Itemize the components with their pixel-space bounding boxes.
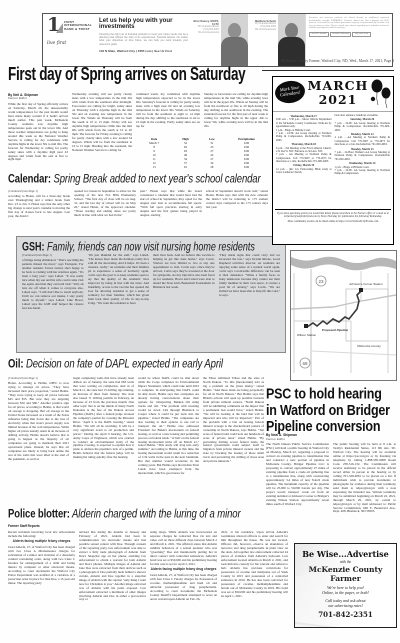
oil-headline: Oil: Decision on fate of DAPL expected i… bbox=[8, 357, 223, 371]
gsh-headline: GSH: Family, friends can now visit nursi… bbox=[22, 240, 280, 253]
weather-table: DateHighLowPrecipitation March 7 52 31 0… bbox=[136, 137, 268, 169]
oil-continued-note: (Continued from Page 1) bbox=[8, 377, 69, 381]
county-label: McKenzie County bbox=[357, 344, 381, 348]
highway-23-shield: 23 bbox=[318, 279, 324, 284]
events-box-header: Mark Your Calendars! MARCH 2021 bbox=[273, 77, 393, 112]
bank-tagline: live first bbox=[47, 41, 95, 46]
wilson-station-label: Wilson Station bbox=[297, 333, 317, 337]
bewise-paper-name: McKenzie County Farmer bbox=[295, 565, 396, 583]
gsh-col4: "They made signs that could carry and we… bbox=[219, 254, 281, 346]
johnsons-corner-label: Johnson's Corner Station bbox=[349, 282, 383, 286]
police-intro: Recent incidents involving local law enf… bbox=[8, 531, 75, 538]
police-blotter-headline: Police blotter: Alderin charged with the… bbox=[8, 507, 241, 521]
events-calendar-box: Mark Your Calendars! MARCH 2021 Wednesda… bbox=[272, 76, 394, 245]
gsh-col3: their lives back. And we believe this va… bbox=[153, 254, 215, 346]
ad-body-text: Choosing the right mix of financial prod… bbox=[99, 33, 188, 46]
guarantee-badge: No Bank Guarantee bbox=[330, 32, 352, 37]
calendar-continued-note: (Continued from Page 1) bbox=[8, 190, 70, 194]
psc-col1: The North Dakota Public Service Commissi… bbox=[266, 443, 329, 515]
mark-your-calendars-badge: Mark Your Calendars! bbox=[274, 79, 307, 105]
ad-headline: Let us help you with your investments bbox=[99, 18, 188, 31]
oil-article: (Continued from Page 1) Holen. According… bbox=[8, 377, 264, 503]
psc-col2: The public hearing will be held at 8 a.m… bbox=[333, 443, 396, 515]
calendar-headline: Calendar: Spring Break added to next yea… bbox=[8, 172, 261, 186]
pipeline-map: 23 68 Proposed Pipeline Wilson Station J… bbox=[290, 250, 397, 381]
fdic-badge: Not FDIC Insured bbox=[309, 32, 329, 37]
bank-logo: 1 FIRST INTERNATIONAL BANK & TRUST live … bbox=[43, 14, 97, 66]
spring-byline-title: Farmer Editor bbox=[8, 97, 68, 101]
calendar-col1: according to Holen, will be a three-day … bbox=[8, 194, 70, 218]
wilson-station-marker bbox=[304, 324, 308, 328]
police-byline: Farmer Staff Reports bbox=[8, 524, 40, 528]
value-badge: May Lose Value bbox=[352, 32, 370, 37]
johnsons-corner-marker bbox=[359, 288, 363, 292]
bank-logo-triangle-icon bbox=[56, 23, 63, 33]
dateline-rule bbox=[262, 70, 394, 71]
oil-col1: Holen. According to Helms, OPEC is now t… bbox=[8, 381, 69, 460]
gsh-article-box: GSH: Family, friends can now visit nursi… bbox=[16, 236, 286, 353]
police-col1: Jared Alderin, 27, of Watford City has b… bbox=[8, 545, 75, 585]
events-col2: back door entrance, handicap accessible.… bbox=[335, 114, 391, 206]
oil-col3: would be where DAPL could be shut down w… bbox=[138, 377, 199, 503]
oil-col2: begin completing wells that have already… bbox=[73, 377, 134, 503]
calendar-month-year: MARCH 2021 bbox=[307, 79, 369, 107]
calendar-col3: past." Holen says that while the board c… bbox=[140, 190, 202, 233]
bewise-headline: Be Wise...Advertise bbox=[295, 549, 396, 559]
highway-68-shield: 68 bbox=[302, 361, 308, 366]
events-submission-note: If you have upcoming events you would li… bbox=[275, 209, 391, 225]
ad-address: 100 N Main, Watford City | FIBT.com | Se… bbox=[99, 49, 188, 53]
bank-name: FIRST INTERNATIONAL BANK & TRUST bbox=[64, 21, 95, 31]
oil-col4: the Three Affiliated Tribes and the stat… bbox=[203, 377, 264, 503]
spring-col2: Wednesday evening will see partly cloudy… bbox=[72, 93, 132, 170]
spring-article: By Neil A. Shipman Farmer Editor While t… bbox=[8, 93, 268, 170]
psc-byline-title: Farmer Editor bbox=[266, 437, 396, 441]
calendar-article: (Continued from Page 1) according to Hol… bbox=[8, 190, 268, 233]
spring-col4: Sunday as forecasters are calling for da… bbox=[204, 93, 268, 135]
spring-col1: While the first day of Spring officially… bbox=[8, 102, 68, 162]
page-dateline: McKenzie County Farmer, Watford City, ND… bbox=[120, 59, 394, 63]
pipeline-label: Proposed Pipeline bbox=[322, 328, 349, 332]
psc-headline: PSC to hold hearingin Watford on Bridger… bbox=[266, 386, 396, 434]
calendar-col4: school in September doesn't work well," … bbox=[206, 190, 268, 233]
events-website-link: More community events can be listed onli… bbox=[277, 220, 390, 224]
police-col2: advised that during the months of Januar… bbox=[79, 531, 146, 639]
spring-col3: continued warm, dry conditions with dayt… bbox=[136, 93, 200, 135]
police-col4: 2021, at his residence. Upon arrival Ald… bbox=[221, 531, 288, 639]
weather-table-row: 13 61 28 0.00 bbox=[136, 165, 268, 169]
psc-article: PSC to hold hearingin Watford on Bridger… bbox=[266, 386, 396, 515]
newspaper-page: 1 FIRST INTERNATIONAL BANK & TRUST live … bbox=[0, 0, 400, 643]
police-col3-top: using drugs. While Alderin was incarcera… bbox=[150, 531, 217, 566]
gsh-continued-note: (Continued from Page 1) bbox=[22, 254, 84, 258]
police-subhead-2: Alderin facing multiple felony drug char… bbox=[150, 568, 217, 572]
bewise-phone: 701-842-2351 bbox=[295, 610, 396, 619]
gsh-col2: "I'm just thankful for the staff," says … bbox=[88, 254, 150, 346]
main-headline: First day of Spring arrives on Saturday bbox=[8, 64, 270, 84]
calendar-col2: opened for classes in September to allow… bbox=[74, 190, 136, 233]
police-col3-bottom: Jared Alderin, 27, of Watford City has b… bbox=[150, 573, 217, 601]
gsh-col1: of things being eliminated. "That's one … bbox=[22, 258, 84, 310]
balloons-icon bbox=[369, 79, 391, 109]
events-col1: Wednesday, March 17 9:00 a.m. - 5:30 p.m… bbox=[276, 114, 332, 206]
police-blotter-article: Recent incidents involving local law enf… bbox=[8, 531, 288, 639]
bewise-advertise-ad: Be Wise...Advertise with the McKenzie Co… bbox=[294, 543, 397, 628]
weather-table-body: March 7 52 31 0.00 8 62 25 0.00 bbox=[136, 141, 268, 169]
police-subhead-1: Alderin facing multiple felony charges bbox=[8, 540, 75, 544]
